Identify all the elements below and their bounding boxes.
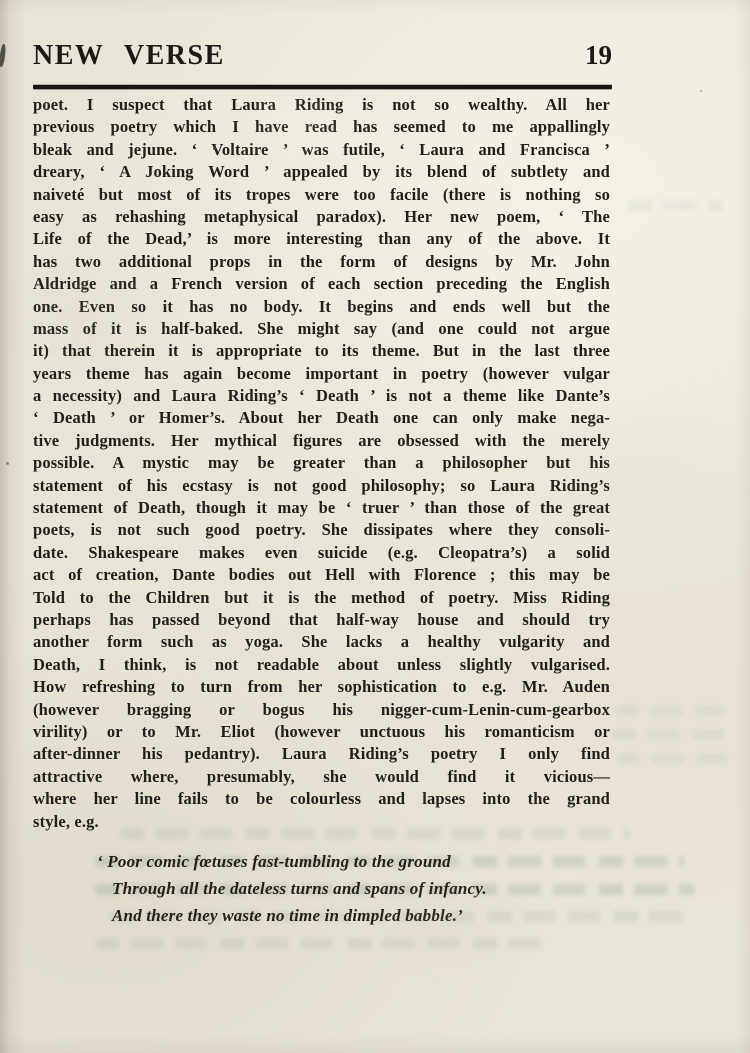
body-line: virility) or to Mr. Eliot (however unctu… xyxy=(33,721,610,743)
body-line: Life of the Dead,’ is more interesting t… xyxy=(33,228,610,250)
scan-smudge xyxy=(0,44,6,67)
body-line: easy as rehashing metaphysical paradox).… xyxy=(33,206,610,228)
body-line: dreary, ‘ A Joking Word ’ appealed by it… xyxy=(33,161,610,183)
paper-speck xyxy=(6,462,9,465)
body-line: another form such as yoga. She lacks a h… xyxy=(33,631,610,653)
paper-speck xyxy=(213,147,216,150)
journal-title: NEW VERSE xyxy=(33,40,225,72)
body-line: it) that therein it is appropriate to it… xyxy=(33,340,610,362)
body-line: statement of Death, though it may be ‘ t… xyxy=(33,497,610,519)
body-line: perhaps has passed beyond that half-way … xyxy=(33,609,610,631)
body-line: mass of it is half-baked. She might say … xyxy=(33,318,610,340)
page-number: 19 xyxy=(585,40,612,71)
body-line: where her line fails to be colourless an… xyxy=(33,788,610,810)
running-header: NEW VERSE 19 xyxy=(33,40,612,72)
body-line: after-dinner his pedantry). Laura Riding… xyxy=(33,743,610,765)
body-line: one. Even so it has no body. It begins a… xyxy=(33,296,610,318)
body-line: bleak and jejune. ‘ Voltaire ’ was futil… xyxy=(33,139,610,161)
article-paragraph: poet. I suspect that Laura Riding is not… xyxy=(33,94,610,833)
body-line: poet. I suspect that Laura Riding is not… xyxy=(33,94,610,116)
body-line: previous poetry which I have read has se… xyxy=(33,116,610,138)
body-line: Aldridge and a French version of each se… xyxy=(33,273,610,295)
bleedthrough-ghost xyxy=(628,200,723,211)
header-rule xyxy=(33,85,612,89)
body-line: naiveté but most of its tropes were too … xyxy=(33,184,610,206)
body-line: date. Shakespeare makes even suicide (e.… xyxy=(33,542,610,564)
paper-speck xyxy=(700,90,702,92)
body-line: has two additional props in the form of … xyxy=(33,251,610,273)
body-line: Told to the Children but it is the metho… xyxy=(33,587,610,609)
body-line: Death, I think, is not readable about un… xyxy=(33,654,610,676)
poem-quote: ‘ Poor comic fœtuses fast-tumbling to th… xyxy=(97,848,577,929)
body-line: (however bragging or bogus his nigger-cu… xyxy=(33,699,610,721)
quote-line: ‘ Poor comic fœtuses fast-tumbling to th… xyxy=(97,848,577,875)
body-line: attractive where, presumably, she would … xyxy=(33,766,610,788)
bleedthrough-ghost xyxy=(615,705,727,716)
bleedthrough-ghost xyxy=(95,938,545,949)
quote-line: Through all the dateless turns and spans… xyxy=(112,875,577,902)
body-line: act of creation, Dante bodies out Hell w… xyxy=(33,564,610,586)
quote-line: And there they waste no time in dimpled … xyxy=(112,902,577,929)
body-line: years theme has again become important i… xyxy=(33,363,610,385)
body-line: tive judgments. Her mythical figures are… xyxy=(33,430,610,452)
body-line: ‘ Death ’ or Homer’s. About her Death on… xyxy=(33,407,610,429)
body-line: statement of his ecstasy is not good phi… xyxy=(33,475,610,497)
body-line: a necessity) and Laura Riding’s ‘ Death … xyxy=(33,385,610,407)
body-line: possible. A mystic may be greater than a… xyxy=(33,452,610,474)
bleedthrough-ghost xyxy=(616,753,734,764)
body-line: How refreshing to turn from her sophisti… xyxy=(33,676,610,698)
magazine-page-scan: NEW VERSE 19 poet. I suspect that Laura … xyxy=(0,0,750,1053)
body-line: poets, is not such good poetry. She diss… xyxy=(33,519,610,541)
body-line: style, e.g. xyxy=(33,811,610,833)
bleedthrough-ghost xyxy=(612,729,740,740)
